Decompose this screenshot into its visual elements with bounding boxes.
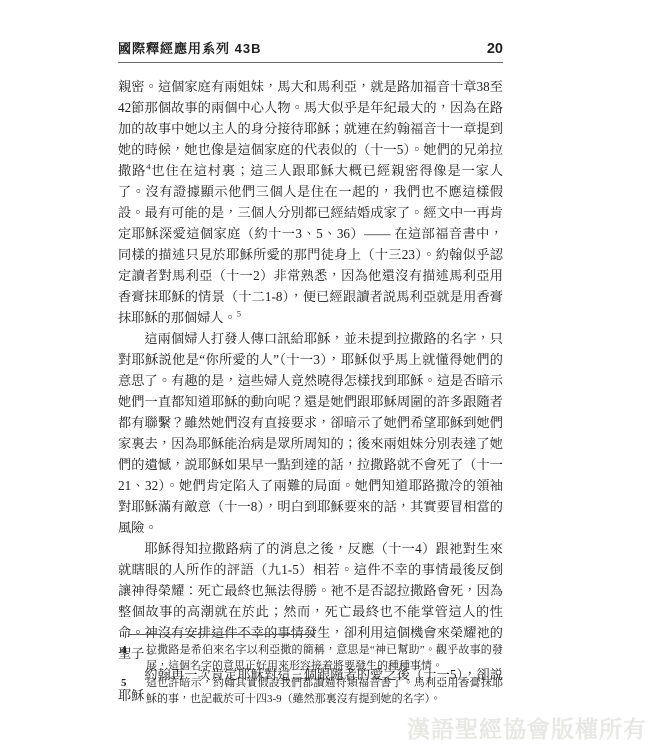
series-title: 國際釋經應用系列 43B	[118, 38, 261, 57]
footnote-list: 4拉撒路是希伯來名字以利亞撒的簡稱，意思是“神已幫助”。觀乎故事的發展，這個名字…	[118, 642, 503, 708]
footnote-item: 5這也許暗示，約翰其實假設我們都讀過符類福音書了。馬利亞用香膏抹耶穌的事，也記載…	[118, 675, 503, 708]
body-text: 親密。這個家庭有兩姐妹，馬大和馬利亞，就是路加福音十章38至42節那個故事的兩個…	[118, 76, 503, 706]
footnote-item: 4拉撒路是希伯來名字以利亞撒的簡稱，意思是“神已幫助”。觀乎故事的發展，這個名字…	[118, 642, 503, 675]
footnote-marker: 4	[121, 642, 127, 659]
page-header: 國際釋經應用系列 43B 20	[118, 38, 503, 63]
copyright-watermark: 漢語聖經協會版權所有	[407, 711, 647, 744]
footnote-text: 這也許暗示，約翰其實假設我們都讀過符類福音書了。馬利亞用香膏抹耶穌的事，也記載於…	[146, 677, 503, 706]
page-number: 20	[487, 41, 503, 57]
book-page: 國際釋經應用系列 43B 20 親密。這個家庭有兩姐妹，馬大和馬利亞，就是路加福…	[0, 0, 650, 750]
footnote-marker: 5	[121, 675, 127, 692]
footnote-separator	[128, 634, 314, 635]
paragraph: 這兩個婦人打發人傳口訊給耶穌，並未提到拉撒路的名字，只對耶穌説他是“你所愛的人”…	[118, 328, 503, 538]
footnote-reference: 5	[237, 309, 241, 319]
footnote-reference: 4	[146, 162, 150, 172]
paragraph: 親密。這個家庭有兩姐妹，馬大和馬利亞，就是路加福音十章38至42節那個故事的兩個…	[118, 76, 503, 328]
footnotes-section: 4拉撒路是希伯來名字以利亞撒的簡稱，意思是“神已幫助”。觀乎故事的發展，這個名字…	[118, 628, 503, 708]
footnote-text: 拉撒路是希伯來名字以利亞撒的簡稱，意思是“神已幫助”。觀乎故事的發展，這個名字的…	[146, 644, 503, 673]
